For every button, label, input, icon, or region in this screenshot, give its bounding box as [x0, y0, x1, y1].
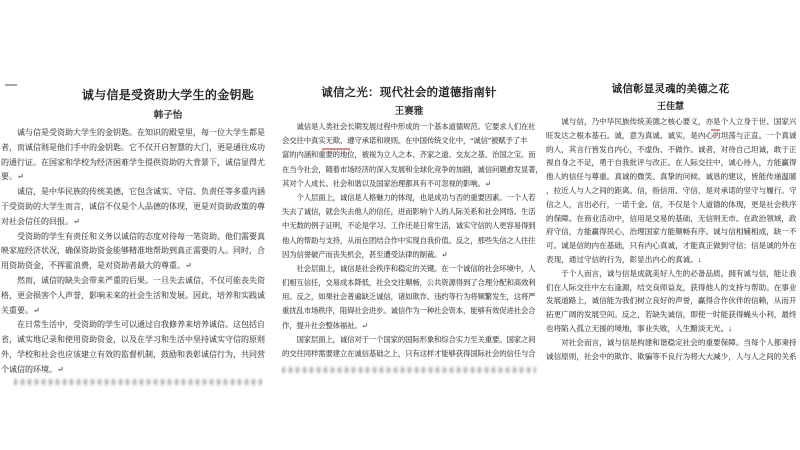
document-title: 诚信彰显灵魂的美德之花	[545, 81, 796, 96]
text-line: 对社会而言，诚与信是构建和谐稳定社会的重要保障。当每个人都秉持	[546, 336, 796, 350]
document-title: 诚信之光：现代社会的道德指南针	[281, 84, 537, 100]
text-line: 受资助的学生有责任和义务以诚信的态度对待每一笔资助。他们需要真实	[1, 230, 265, 245]
text-line: 府守信，方能赢得民心，治理国家方能顺畅有序。诚与信相辅相成，缺一不	[546, 225, 796, 239]
text-line: 于受资助的大学生而言，诚信不仅是个人品德的体现，更是对资助政策的尊重	[1, 200, 265, 215]
document-body: 诚与信是受资助大学生的金钥匙。在知识的殿堂里，每一位大学生都是探者，而诚信则是他…	[1, 126, 265, 378]
text-line: 们在人际交往中左右逢源，结交良师益友，获得他人的支持与帮助。在事业	[546, 281, 796, 295]
spellcheck-underline	[711, 129, 720, 131]
text-line: 重扰乱市场秩序，阻碍社会进步。诚信作为一种社会资本，能够有效促进社会合	[282, 304, 537, 318]
text-line: 视自身之不足，勇于自我批评与改正。在人际交往中，诚心待人，方能赢得	[546, 156, 796, 170]
text-line: 然而，诚信的缺失会带来严重的后果。一旦失去诚信，不仅可能丧失资格	[1, 274, 265, 289]
text-line: 者，而诚信则是他们手中的金钥匙。它不仅开启智慧的大门，更是通往成功之	[1, 141, 265, 156]
text-line: 诚信原则，社会中的欺诈、欺骗等不良行为将大大减少，人与人之间的关系	[546, 350, 796, 364]
document-author: 韩子怡	[0, 107, 302, 121]
text-line: 在日常生活中，受资助的学生可以通过自我修养来培养诚信。这包括自我	[1, 318, 265, 333]
text-line: 省，诚实地记录和使用资助资金，以及在学习和生活中坚持诚实守信的原则。	[1, 333, 265, 348]
text-line: 用资助资金，不挥霍浪费，是对资助者最大的尊重。↵	[1, 259, 265, 274]
faded-text-line	[282, 367, 536, 373]
text-line: 们相互信任，交易成本降低，社会交往顺畅，公共资源得到了合理分配和高效利	[282, 276, 537, 290]
document-page-middle: 诚信之光：现代社会的道德指南针 王赛雅 诚信是人类社会长期发展过程中形成的一个基…	[281, 0, 537, 450]
document-page-left: 诚与信是受资助大学生的金钥匙 韩子怡 诚与信是受资助大学生的金钥匙。在知识的殿堂…	[0, 0, 268, 450]
text-line: 的人，其言行皆发自内心，不虚伪、不做作。诚者，对待自己坦诚，敢于正	[546, 143, 796, 157]
document-author: 王赛雅	[281, 103, 537, 117]
text-line: 关重要。↵	[1, 304, 265, 319]
text-line: 可。诚是信的内在基础，只有内心真诚，才能真正做到守信；信是诚的外在	[546, 239, 796, 253]
text-line: 用。反之，如果社会普遍缺乏诚信，诸如欺诈、违约等行为将频繁发生，这将严	[282, 290, 537, 304]
text-line: 他人的帮助与支持，从而在团结合作中实现自我价值。反之，那些失信之人往往	[282, 234, 537, 248]
text-line: 社会层面上，诚信是社会秩序和稳定的关键。在一个诚信的社会环境中，人	[282, 262, 537, 276]
text-line: 富的内涵和重要的地位，被视为立人之本、齐家之道、交友之基、治国之宝。而	[282, 148, 537, 162]
document-body: 诚与信，乃中华民族传统美德之核心要义，亦是个人立身于世、国家兴旺发达之根本基石。…	[546, 115, 796, 363]
text-line: 因为信誉破产而丧失机会，甚至遭受法律的制裁。↵	[282, 248, 537, 262]
text-line: 拓更广阔的发展空间。反之，若缺失诚信，即使一时能获得蝇头小利，最终	[546, 308, 796, 322]
text-line: 对社会信任的回报。↵	[1, 215, 265, 230]
document-body: 诚信是人类社会长期发展过程中形成的一个基本道德规范。它要求人们在社会交往中真实无…	[282, 120, 537, 361]
text-line: 作，提升社会整体福祉。↵	[282, 319, 537, 333]
text-line: 会交往中真实无欺、遵守承诺和规则。在中国传统文化中，“诚信”被赋予了丰	[282, 134, 537, 148]
text-line: 诚与信，乃中华民族传统美德之核心要义，亦是个人立身于世、国家兴	[546, 115, 796, 129]
text-line: 于个人而言，诚与信是成就美好人生的必备品质。拥有诚与信，能让我	[546, 267, 796, 281]
text-line: 要。↵	[1, 170, 265, 185]
document-author: 王佳慧	[545, 99, 796, 112]
scanned-essays-canvas: 诚与信是受资助大学生的金钥匙 韩子怡 诚与信是受资助大学生的金钥匙。在知识的殿堂…	[0, 0, 800, 450]
text-line: 的通行证。在国家和学校为经济困难学生提供资助的大背景下，诚信显得尤为	[1, 156, 265, 171]
text-line: 信之人，言出必行，一诺千金。信，不仅是个人道德的体现，更是社会秩序	[546, 198, 796, 212]
text-line: 的交往同样需要建立在诚信基础之上，只有这样才能够获得国际社会的信任与合	[282, 347, 537, 361]
text-line: 发展道路上，诚信能为我们树立良好的声誉，赢得合作伙伴的信赖，从而开	[546, 294, 796, 308]
text-line: 诚信，是中华民族的传统美德，它包含诚实、守信、负责任等多重内涵。	[1, 185, 265, 200]
text-line: 旺发达之根本基石。诚，意为真诚、诚实，是内心的坦荡与正直。一个真诚	[546, 129, 796, 143]
text-line: 诚与信是受资助大学生的金钥匙。在知识的殿堂里，每一位大学生都是探	[1, 126, 265, 141]
text-line: 他人的信任与尊重。真诚的微笑、真挚的问候、诚恳的建议，皆能传递温暖	[546, 170, 796, 184]
text-line: 也将陷入孤立无援的境地，事业失败，人生黯淡无光。↓	[546, 322, 796, 336]
text-line: 在当今社会，随着市场经济的深入发展和全球化竞争的加剧，诚信问题愈发显著，	[282, 163, 537, 177]
text-line: 外，学校和社会也应该建立有效的监督机制，鼓励和表彰诚信行为，共同营造	[1, 348, 265, 363]
faded-text-line	[14, 379, 262, 385]
text-line: 个人层面上，诚信是人格魅力的体现，也是成功与否的重要因素。一个人若	[282, 191, 537, 205]
text-line: 其对个人成长、社会和谐以及国家治理都具有不可忽视的影响。↵	[282, 177, 537, 191]
text-line: 映家庭经济状况，确保资助资金能够精准地帮助到真正需要的人。同时，合理	[1, 244, 265, 259]
text-line: 国家层面上，诚信对于一个国家的国际形象和综合实力至关重要。国家之间	[282, 333, 537, 347]
text-line: 表现，通过守信的行为，彰显出内心的真诚。↓	[546, 253, 796, 267]
text-line: 中无数的例子证明，不论是学习、工作还是日常生活，诚实守信的人更容易得到	[282, 219, 537, 233]
spellcheck-underline	[322, 148, 350, 150]
document-title: 诚与信是受资助大学生的金钥匙	[0, 86, 302, 103]
text-line: 诚信是人类社会长期发展过程中形成的一个基本道德规范。它要求人们在社	[282, 120, 537, 134]
text-line: 失去了诚信，就会失去他人的信任，进而影响个人的人际关系和社会网络。生活	[282, 205, 537, 219]
document-page-right: 诚信彰显灵魂的美德之花 王佳慧 诚与信，乃中华民族传统美德之核心要义，亦是个人立…	[545, 0, 796, 450]
text-line: ，拉近人与人之间的距离。信，指信用、守信，是对承诺的坚守与履行。守	[546, 184, 796, 198]
text-line: 个诚信的环境。↵	[1, 363, 265, 378]
text-line: 的保障。在商业活动中，信用是交易的基础，无信则无市。在政治领域，政	[546, 212, 796, 226]
text-line: 格，更会损害个人声誉，影响未来的社会生活和发展。因此，培养和实践诚信	[1, 289, 265, 304]
